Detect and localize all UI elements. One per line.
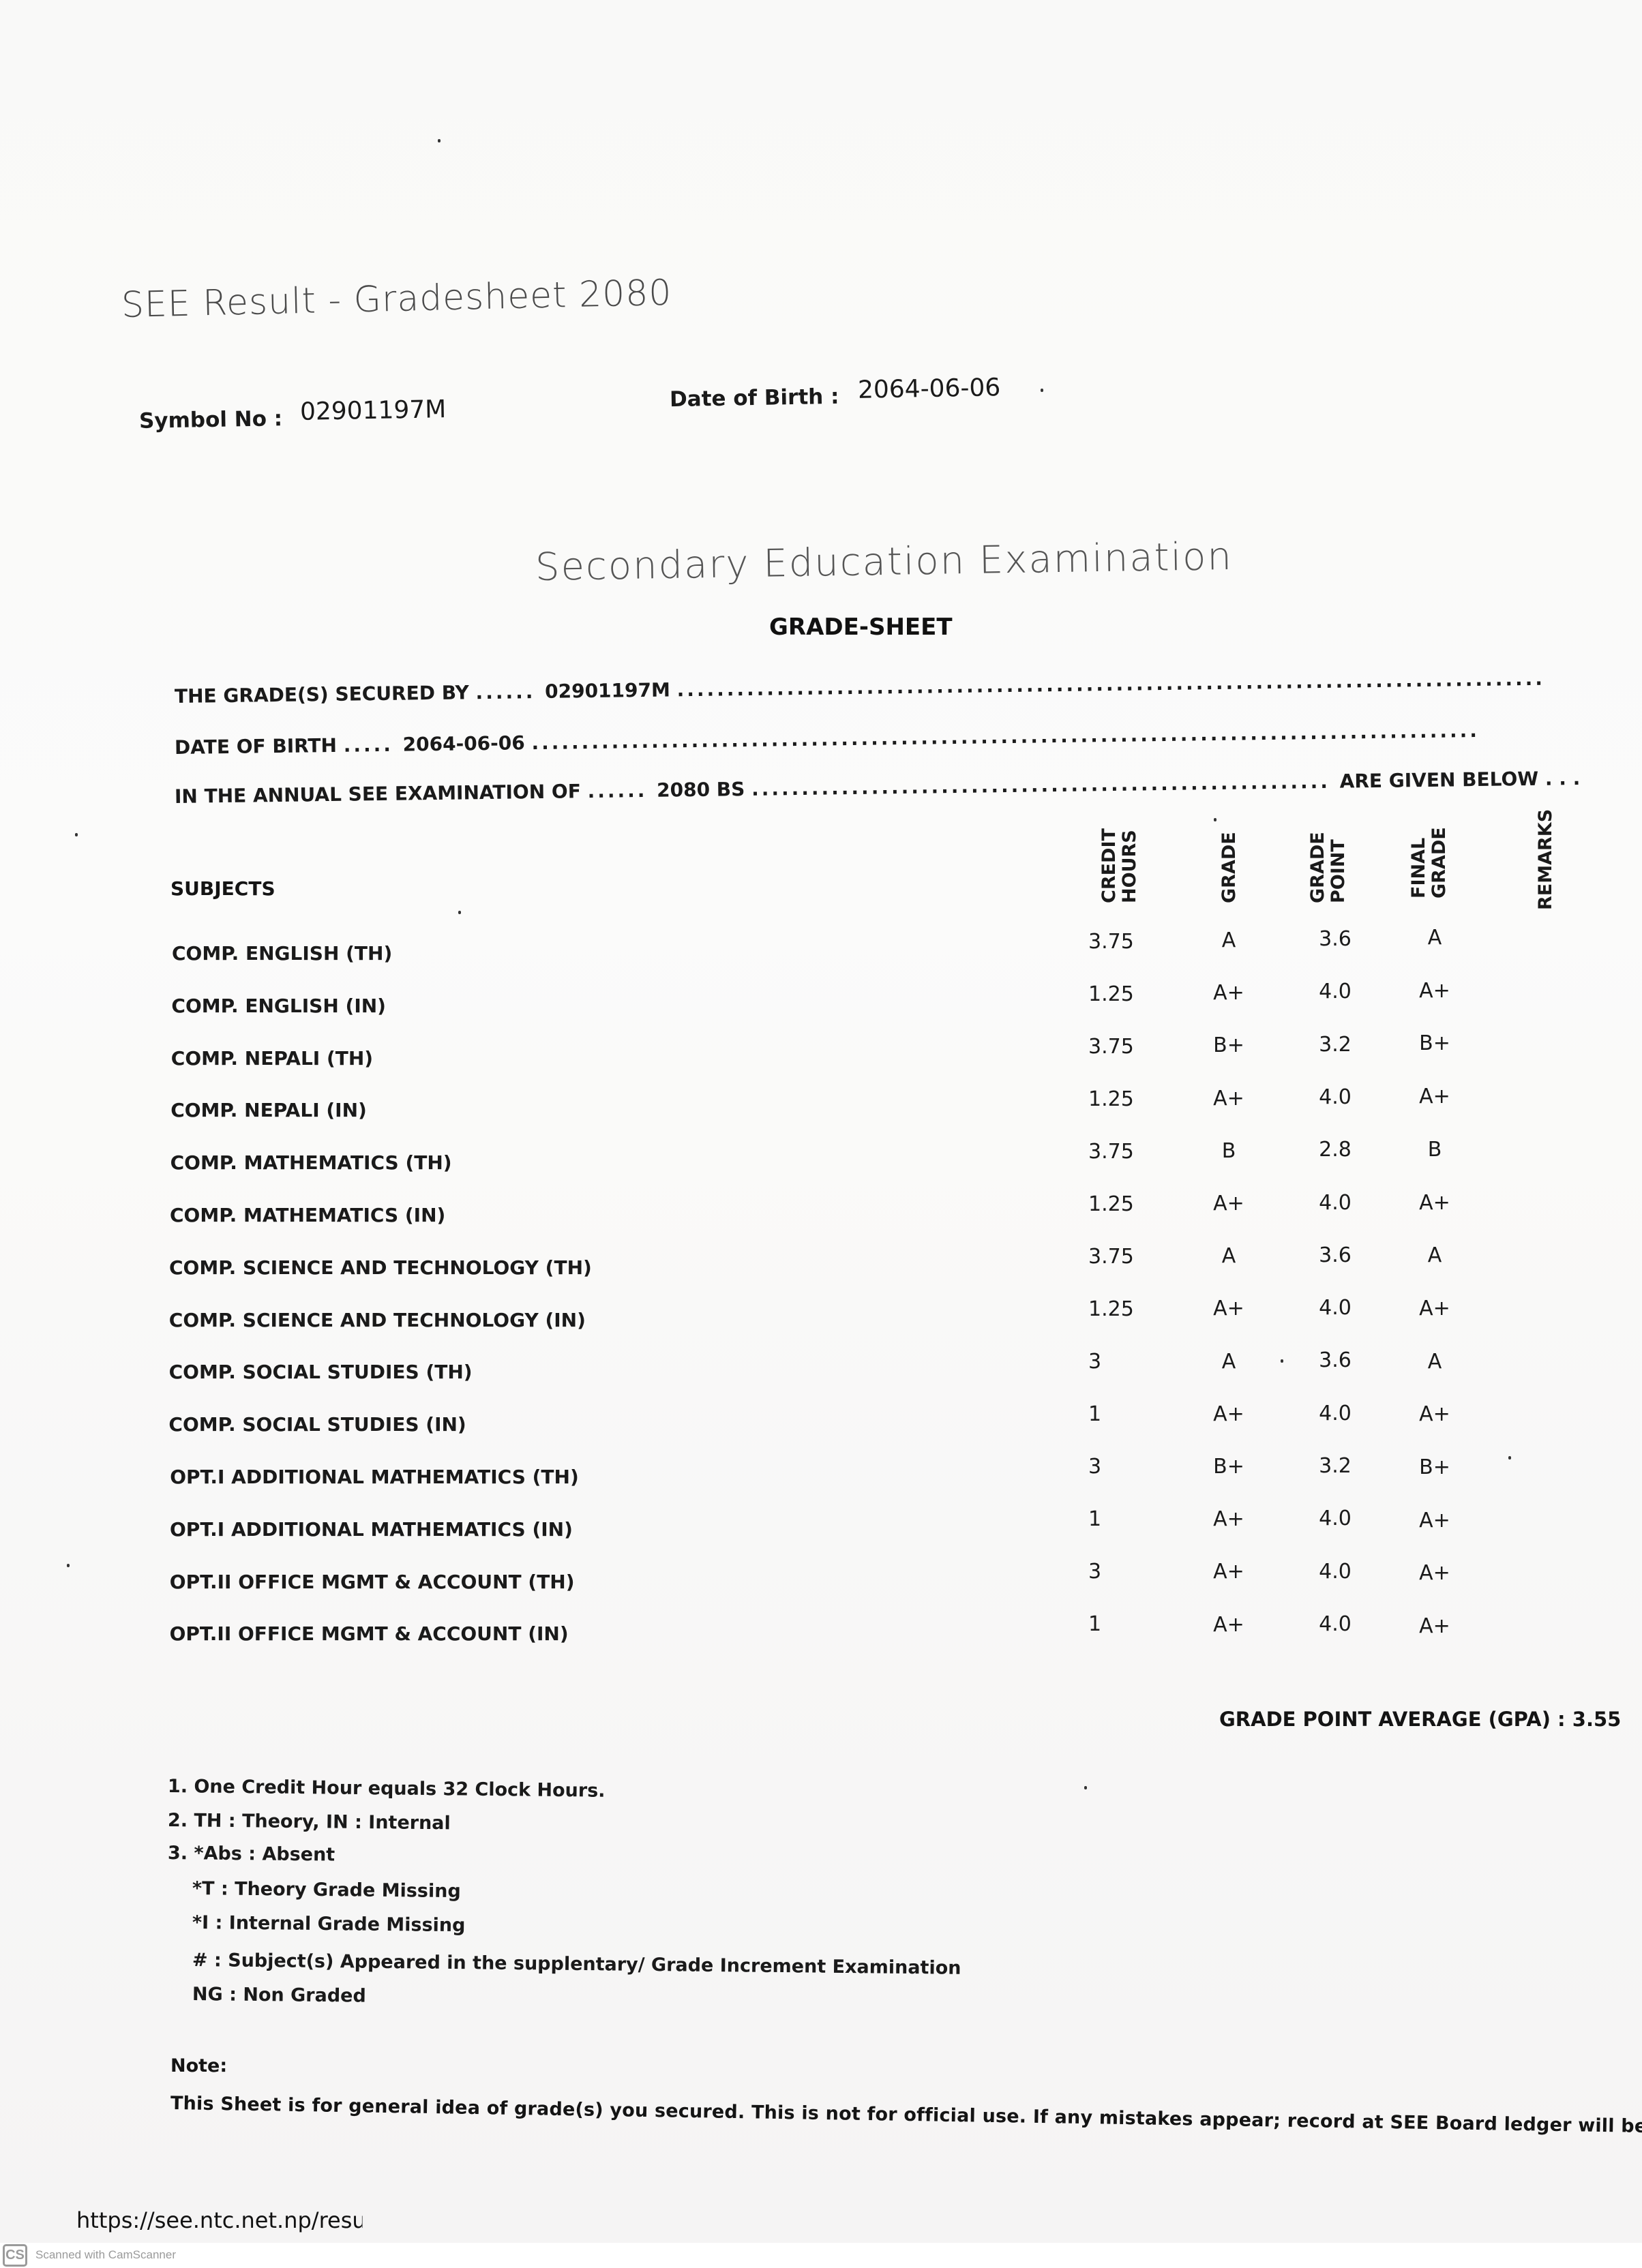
final-grade-value: B+ (1394, 1455, 1476, 1479)
grade-value: A+ (1188, 1613, 1270, 1637)
camscanner-logo-icon: CS (3, 2244, 27, 2267)
final-grade-value: A (1394, 1243, 1476, 1267)
dob-line-value: 2064-06-06 (402, 731, 525, 755)
subject-name: COMP. NEPALI (TH) (171, 1047, 373, 1070)
scanner-footer (0, 2243, 1642, 2268)
final-grade-value: A+ (1394, 1402, 1476, 1426)
final-grade-value: A+ (1394, 1614, 1476, 1638)
grade-point-value: 3.2 (1294, 1454, 1376, 1478)
scan-speck (67, 1564, 70, 1567)
gpa-line: GRADE POINT AVERAGE (GPA) : 3.55 (1219, 1708, 1621, 1731)
grade-value: B+ (1188, 1033, 1270, 1057)
grade-point-value: 4.0 (1294, 1085, 1376, 1109)
credit-hours-value: 1 (1088, 1612, 1170, 1636)
credit-hours-value: 3.75 (1088, 930, 1170, 954)
column-header-grade: GRADE (1219, 832, 1240, 903)
subject-name: COMP. SOCIAL STUDIES (IN) (168, 1413, 466, 1436)
grade-point-value: 4.0 (1294, 1296, 1376, 1320)
grade-point-value: 4.0 (1294, 1560, 1376, 1584)
legend-item: NG : Non Graded (192, 1984, 366, 2007)
grade-point-value: 4.0 (1294, 1507, 1376, 1530)
grade-point-value: 3.2 (1294, 1033, 1376, 1057)
final-grade-value: A+ (1394, 1085, 1476, 1108)
date-of-birth-value: 2064-06-06 (858, 374, 1001, 404)
dob-line-label: DATE OF BIRTH (175, 734, 337, 759)
final-grade-value: A+ (1394, 1561, 1476, 1585)
credit-hours-value: 1.25 (1088, 1087, 1170, 1111)
grade-value: A+ (1188, 1560, 1270, 1584)
subject-name: OPT.II OFFICE MGMT & ACCOUNT (TH) (170, 1571, 575, 1593)
subject-name: COMP. SCIENCE AND TECHNOLOGY (IN) (169, 1309, 586, 1331)
grade-value: A+ (1188, 1402, 1270, 1426)
credit-hours-value: 1.25 (1088, 982, 1170, 1006)
grade-value: A (1188, 1350, 1270, 1374)
legend-item: *T : Theory Grade Missing (192, 1878, 461, 1902)
secured-by-label: THE GRADE(S) SECURED BY (175, 681, 469, 708)
final-grade-value: A+ (1394, 1509, 1476, 1532)
scan-speck (1214, 818, 1216, 821)
scan-speck (1084, 1786, 1087, 1789)
subject-name: COMP. NEPALI (IN) (170, 1099, 367, 1121)
credit-hours-value: 1.25 (1088, 1297, 1170, 1321)
credit-hours-value: 3 (1088, 1455, 1170, 1479)
note-heading: Note: (170, 2055, 227, 2076)
grade-value: B+ (1188, 1455, 1270, 1479)
legend-item: 2. TH : Theory, IN : Internal (168, 1810, 451, 1834)
credit-hours-value: 1 (1088, 1402, 1170, 1426)
grade-point-value: 3.6 (1294, 927, 1376, 951)
subject-name: COMP. ENGLISH (IN) (171, 995, 386, 1017)
grade-point-value: 4.0 (1294, 1191, 1376, 1215)
column-header-grade-point: GRADE POINT (1308, 832, 1349, 903)
grade-point-value: 4.0 (1294, 980, 1376, 1003)
credit-hours-value: 1 (1088, 1507, 1170, 1531)
legend-item: 3. *Abs : Absent (168, 1843, 335, 1866)
grade-value: A+ (1188, 1087, 1270, 1110)
grade-value: A+ (1188, 1507, 1270, 1531)
column-header-subjects: SUBJECTS (170, 877, 275, 900)
gpa-value: 3.55 (1572, 1708, 1622, 1731)
subject-name: OPT.I ADDITIONAL MATHEMATICS (TH) (170, 1466, 579, 1488)
symbol-number-label: Symbol No : (139, 406, 283, 434)
grade-point-value: 3.6 (1294, 1243, 1376, 1267)
final-grade-value: A (1394, 1350, 1476, 1374)
credit-hours-value: 3 (1088, 1560, 1170, 1584)
column-header-credit-hours: CREDIT HOURS (1099, 828, 1140, 903)
credit-hours-value: 3.75 (1088, 1035, 1170, 1059)
subject-name: COMP. SOCIAL STUDIES (TH) (169, 1361, 473, 1383)
subject-name: COMP. MATHEMATICS (TH) (170, 1151, 452, 1174)
grade-value: B (1188, 1139, 1270, 1163)
final-grade-value: A (1394, 926, 1476, 950)
final-grade-value: A+ (1394, 1297, 1476, 1320)
subject-name: OPT.II OFFICE MGMT & ACCOUNT (IN) (170, 1622, 569, 1645)
grade-sheet-title: GRADE-SHEET (769, 614, 953, 641)
grade-value: A+ (1188, 981, 1270, 1005)
exam-of-value: 2080 BS (657, 778, 745, 802)
subject-name: COMP. SCIENCE AND TECHNOLOGY (TH) (169, 1256, 592, 1279)
column-header-final-grade: FINAL GRADE (1409, 827, 1450, 898)
final-grade-value: B (1394, 1138, 1476, 1162)
subject-name: COMP. MATHEMATICS (IN) (170, 1204, 445, 1226)
credit-hours-value: 3 (1088, 1350, 1170, 1374)
legend-item: *I : Internal Grade Missing (192, 1912, 466, 1936)
date-of-birth-label: Date of Birth : (670, 384, 839, 412)
scanner-credit: Scanned with CamScanner (35, 2248, 176, 2262)
grade-value: A+ (1188, 1297, 1270, 1320)
column-header-remarks: REMARKS (1536, 809, 1556, 910)
grade-point-value: 2.8 (1294, 1138, 1376, 1162)
credit-hours-value: 1.25 (1088, 1192, 1170, 1216)
subject-name: OPT.I ADDITIONAL MATHEMATICS (IN) (170, 1518, 573, 1541)
grade-value: A (1188, 1244, 1270, 1268)
scan-speck (1508, 1456, 1511, 1460)
grade-point-value: 4.0 (1294, 1612, 1376, 1636)
symbol-number-value: 02901197M (300, 395, 447, 426)
scan-speck (438, 139, 441, 142)
gpa-label: GRADE POINT AVERAGE (GPA) : (1219, 1708, 1566, 1731)
final-grade-value: A+ (1394, 979, 1476, 1003)
scan-speck (1041, 389, 1043, 392)
grade-point-value: 4.0 (1294, 1402, 1376, 1425)
credit-hours-value: 3.75 (1088, 1140, 1170, 1164)
grade-value: A (1188, 928, 1270, 952)
final-grade-value: B+ (1394, 1031, 1476, 1055)
final-grade-value: A+ (1394, 1191, 1476, 1215)
given-below-text: ARE GIVEN BELOW . . . (1339, 767, 1580, 793)
credit-hours-value: 3.75 (1088, 1245, 1170, 1269)
scan-speck (75, 833, 78, 836)
grade-point-value: 3.6 (1294, 1348, 1376, 1372)
secured-by-value: 02901197M (545, 678, 670, 702)
scan-speck (1281, 1359, 1283, 1363)
grade-value: A+ (1188, 1192, 1270, 1215)
scan-speck (458, 911, 461, 914)
subject-name: COMP. ENGLISH (TH) (172, 942, 392, 965)
